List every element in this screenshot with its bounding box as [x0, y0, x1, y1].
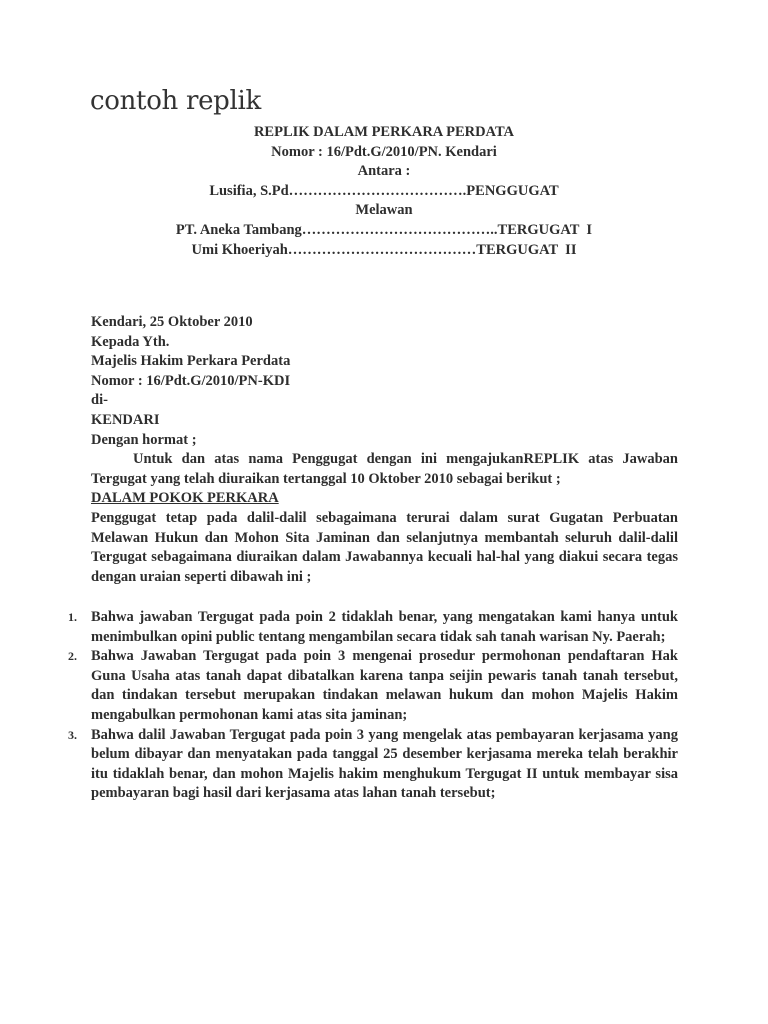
place-date: Kendari, 25 Oktober 2010 [91, 313, 678, 333]
points-list: 1. Bahwa jawaban Tergugat pada poin 2 ti… [68, 608, 678, 804]
list-text: Bahwa Jawaban Tergugat pada poin 3 menge… [91, 647, 678, 725]
defendant-2-line: Umi Khoeriyah…………………………………TERGUGAT II [90, 241, 678, 261]
list-number: 1. [68, 608, 91, 628]
list-number: 2. [68, 647, 91, 667]
versus-label: Melawan [90, 201, 678, 221]
list-number: 3. [68, 726, 91, 746]
defendant-1-line: PT. Aneka Tambang…………………………………..TERGUGAT… [90, 221, 678, 241]
at-label: di- [91, 391, 678, 411]
list-text: Bahwa dalil Jawaban Tergugat pada poin 3… [91, 726, 678, 804]
case-header: REPLIK DALAM PERKARA PERDATA Nomor : 16/… [90, 123, 678, 260]
letter-body: Kendari, 25 Oktober 2010 Kepada Yth. Maj… [91, 313, 678, 587]
list-item: 2. Bahwa Jawaban Tergugat pada poin 3 me… [68, 647, 678, 725]
plaintiff-line: Lusifia, S.Pd……………………………….PENGGUGAT [90, 182, 678, 202]
list-text: Bahwa jawaban Tergugat pada poin 2 tidak… [91, 608, 678, 647]
list-item: 1. Bahwa jawaban Tergugat pada poin 2 ti… [68, 608, 678, 647]
case-heading: REPLIK DALAM PERKARA PERDATA [90, 123, 678, 143]
addressee-prefix: Kepada Yth. [91, 333, 678, 353]
list-item: 3. Bahwa dalil Jawaban Tergugat pada poi… [68, 726, 678, 804]
case-number: Nomor : 16/Pdt.G/2010/PN. Kendari [90, 143, 678, 163]
recipient: Majelis Hakim Perkara Perdata [91, 352, 678, 372]
between-label: Antara : [90, 162, 678, 182]
greeting: Dengan hormat ; [91, 431, 678, 451]
section-paragraph: Penggugat tetap pada dalil-dalil sebagai… [91, 509, 678, 587]
section-heading: DALAM POKOK PERKARA [91, 489, 678, 509]
recipient-city: KENDARI [91, 411, 678, 431]
opening-paragraph: Untuk dan atas nama Penggugat dengan ini… [91, 450, 678, 489]
letter-number: Nomor : 16/Pdt.G/2010/PN-KDI [91, 372, 678, 392]
document-page: contoh replik REPLIK DALAM PERKARA PERDA… [0, 0, 768, 1024]
document-title: contoh replik [90, 86, 261, 116]
